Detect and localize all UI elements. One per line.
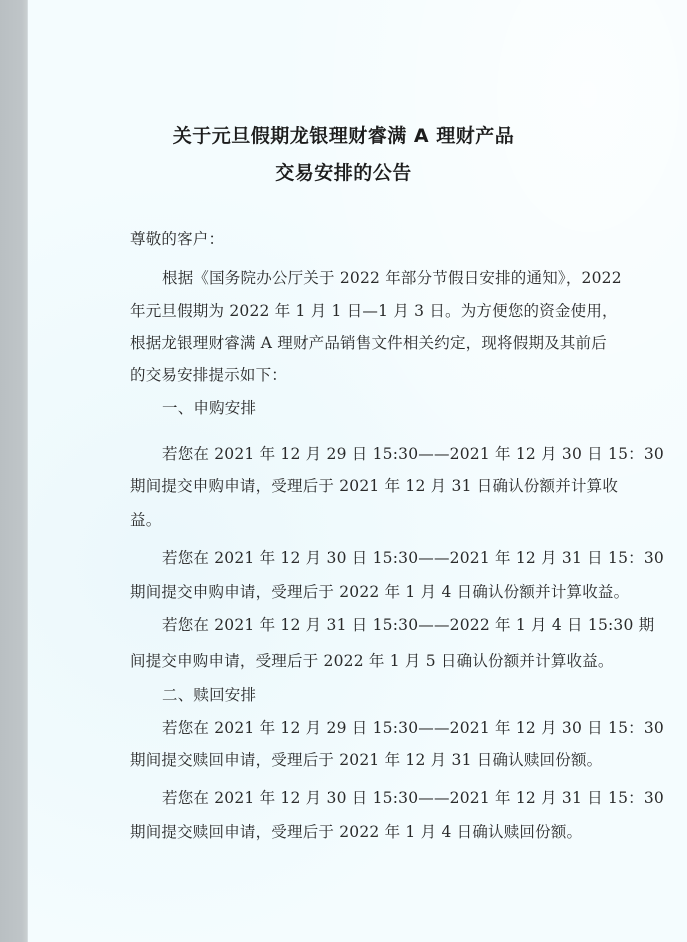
scanned-document-viewport: 关于元旦假期龙银理财睿满 A 理财产品 交易安排的公告 尊敬的客户： 根据《国务… — [0, 0, 687, 942]
redemption-para-1-line-2: 期间提交赎回申请，受理后于 2021 年 12 月 31 日确认赎回份额。 — [130, 748, 602, 770]
intro-line-2: 年元旦假期为 2022 年 1 月 1 日—1 月 3 日。为方便您的资金使用， — [130, 299, 618, 321]
salutation: 尊敬的客户： — [130, 227, 224, 249]
redemption-para-2-line-1: 若您在 2021 年 12 月 30 日 15:30——2021 年 12 月 … — [162, 786, 664, 808]
section-heading-subscription: 一、申购安排 — [162, 396, 256, 418]
subscription-para-1-line-1: 若您在 2021 年 12 月 29 日 15:30——2021 年 12 月 … — [162, 442, 664, 464]
intro-line-1: 根据《国务院办公厅关于 2022 年部分节假日安排的通知》，2022 — [162, 266, 622, 288]
subscription-para-1-line-2: 期间提交申购申请，受理后于 2021 年 12 月 31 日确认份额并计算收 — [130, 474, 618, 496]
section-heading-redemption: 二、赎回安排 — [162, 683, 256, 705]
intro-line-4: 的交易安排提示如下： — [130, 363, 287, 385]
document-title-line-1: 关于元旦假期龙银理财睿满 A 理财产品 — [0, 121, 687, 148]
redemption-para-2-line-2: 期间提交赎回申请，受理后于 2022 年 1 月 4 日确认赎回份额。 — [130, 820, 582, 842]
subscription-para-2-line-2: 期间提交申购申请，受理后于 2022 年 1 月 4 日确认份额并计算收益。 — [130, 580, 629, 602]
document-title-line-2: 交易安排的公告 — [0, 158, 687, 185]
intro-line-3: 根据龙银理财睿满 A 理财产品销售文件相关约定，现将假期及其前后 — [130, 331, 607, 353]
subscription-para-3-line-1: 若您在 2021 年 12 月 31 日 15:30——2022 年 1 月 4… — [162, 613, 654, 635]
redemption-para-1-line-1: 若您在 2021 年 12 月 29 日 15:30——2021 年 12 月 … — [162, 716, 664, 738]
subscription-para-2-line-1: 若您在 2021 年 12 月 30 日 15:30——2021 年 12 月 … — [162, 546, 664, 568]
subscription-para-1-line-3: 益。 — [130, 508, 161, 530]
subscription-para-3-line-2: 间提交申购申请，受理后于 2022 年 1 月 5 日确认份额并计算收益。 — [130, 649, 614, 671]
